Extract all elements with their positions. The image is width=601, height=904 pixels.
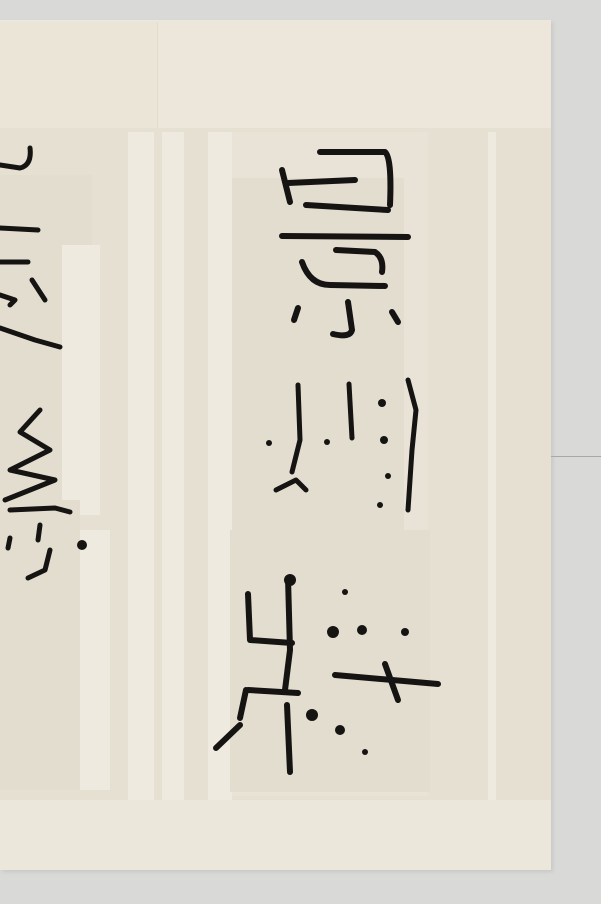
character-left-partial-2 <box>5 410 87 578</box>
character-zhou <box>266 380 416 510</box>
character-left-partial-1 <box>0 148 60 347</box>
character-xian <box>216 574 438 772</box>
character-jing <box>282 152 408 335</box>
calligraphy-ink <box>0 0 601 904</box>
